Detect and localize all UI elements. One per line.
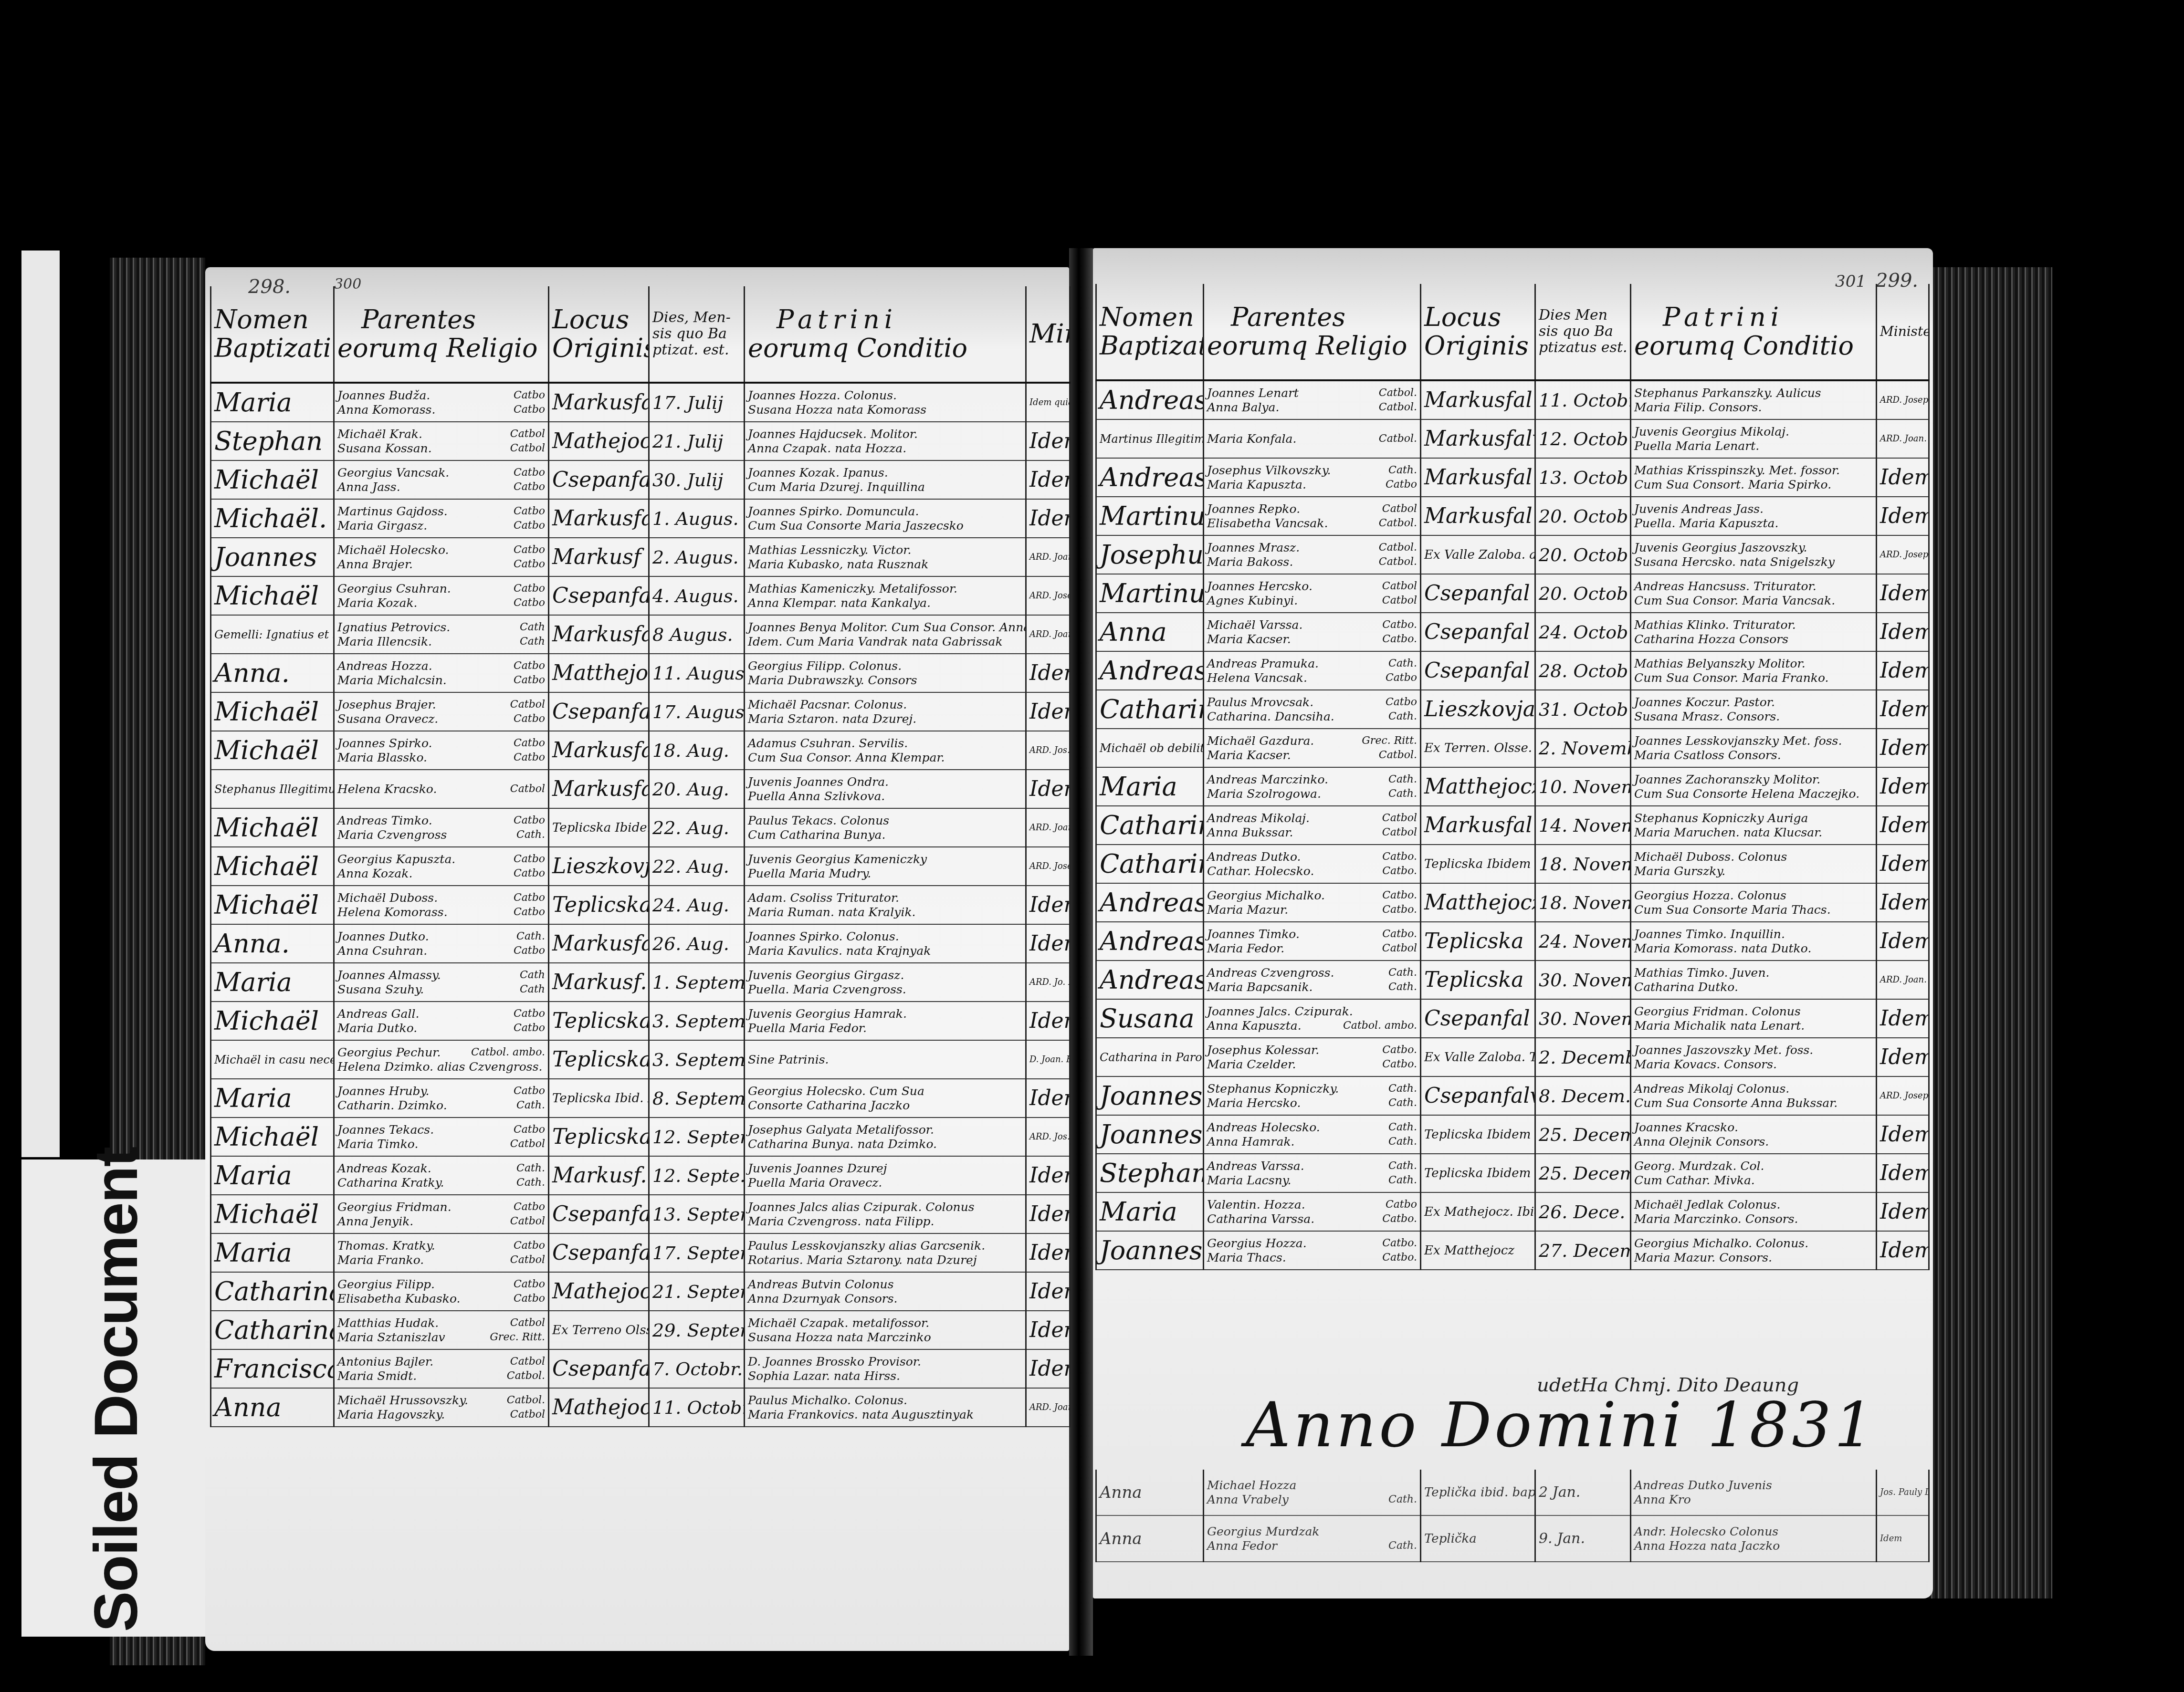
register-row: JoannesStephanus Kopniczky.Cath.Maria He… [1096, 1076, 1929, 1115]
father-religion: Catbo [514, 1007, 545, 1021]
godparent-line: Cum Maria Dzurej. Inquillina [748, 480, 1022, 494]
mother-name: Catharina Varssa. [1207, 1212, 1314, 1226]
parents-cell: Joannes Budža.CatboAnna Komorass.Catbo [334, 383, 549, 422]
baptism-date: 2. Decemb. [1535, 1038, 1631, 1076]
mother-religion: Catbo. [1382, 864, 1417, 878]
header-parentes: Parenteseorumq Religio [334, 286, 549, 383]
mother-name: Anna Fedor [1207, 1539, 1277, 1553]
child-name: Catharina [211, 1311, 334, 1349]
godparent-line: Andreas Hancsuss. Triturator. [1634, 579, 1873, 594]
child-name: Joannes [1096, 1231, 1204, 1270]
baptism-date: 20. Aug. [649, 770, 745, 808]
godparent-line: Maria Michalik nata Lenart. [1634, 1019, 1873, 1033]
godparents-cell: Paulus Tekacs. ColonusCum Catharina Buny… [745, 808, 1026, 847]
child-name: Anna. [211, 654, 334, 692]
godparent-line: Anna Kro [1634, 1493, 1873, 1507]
mother-religion: Catbo [1386, 671, 1417, 685]
child-name: Catharina [1096, 806, 1204, 845]
place-of-origin: Csepanfal [1421, 574, 1535, 613]
baptism-date: 20. Octob. [1535, 497, 1631, 535]
place-of-origin: Markusfal [1421, 380, 1535, 419]
mother-religion: Catbo [514, 751, 545, 765]
father-name: Joannes Hruby. [337, 1084, 429, 1098]
mother-religion: Cath. [516, 1098, 545, 1113]
godparents-cell: Joannes Spirko. Colonus.Maria Kavulics. … [745, 924, 1026, 963]
godparents-cell: Mathias Belyanszky Molitor.Cum Sua Conso… [1631, 651, 1877, 690]
child-name: Maria [211, 1156, 334, 1195]
mother-name: Maria Mazur. [1207, 903, 1288, 917]
mother-name: Anna Csuhran. [337, 944, 427, 958]
mother-name: Anna Bukssar. [1207, 825, 1293, 840]
baptism-date: 17. Septem. [649, 1233, 745, 1272]
register-row: MichaëlAndreas Gall.CatboMaria Dutko.Cat… [211, 1002, 1070, 1040]
father-name: Stephanus Kopniczky. [1207, 1082, 1339, 1096]
place-of-origin: Ex Terren. Olsse. [1421, 729, 1535, 767]
parents-cell: Joannes Repko.CatbolElisabetha Vancsak.C… [1204, 497, 1421, 535]
father-religion: Catbo [514, 388, 545, 403]
godparents-cell: Paulus Lesskovjanszky alias Garcsenik.Ro… [745, 1233, 1026, 1272]
minister: Idem [1026, 654, 1070, 692]
baptism-date: 29. Septem. [649, 1311, 745, 1349]
mother-name: Anna Kozak. [337, 867, 412, 881]
mother-religion: Catbo [514, 1292, 545, 1306]
baptism-date: 22. Aug. [649, 847, 745, 886]
mother-name: Anna Balya. [1207, 400, 1279, 415]
place-of-origin: Ex Valle Zaloba. alias Zontocs-Grunt. [1421, 535, 1535, 574]
godparent-line: Joannes Lesskovjanszky Met. foss. [1634, 734, 1873, 748]
parents-cell: Georgius Pechur.Catbol. ambo.Helena Dzim… [334, 1040, 549, 1079]
father-name: Andreas Kozak. [337, 1161, 431, 1176]
baptism-date: 4. Augus. [649, 576, 745, 615]
year-heading: Anno Domini 1831 [1246, 1389, 1877, 1461]
child-name: Joannes [211, 538, 334, 576]
place-of-origin: Ex Mathejocz. Ibidem Baptizata [1421, 1192, 1535, 1231]
father-name: Michaël Hrussovszky. [337, 1393, 468, 1408]
mother-religion: Catbo [514, 480, 545, 494]
minister: Idem [1877, 1515, 1929, 1562]
register-row: MichaëlJosephus Brajer.CatbolSusana Orav… [211, 692, 1070, 731]
register-row: AnnaMichael HozzaAnna VrabelyCath.Teplič… [1096, 1470, 1929, 1515]
child-name: Michaël [211, 1002, 334, 1040]
place-of-origin: Csepanfal [1421, 651, 1535, 690]
godparents-cell: Mathias Lessniczky. Victor.Maria Kubasko… [745, 538, 1026, 576]
baptism-date: 28. Octob. [1535, 651, 1631, 690]
minister: Idem [1026, 460, 1070, 499]
baptism-date: 8. Septem. [649, 1079, 745, 1118]
mother-religion: Catbo [514, 867, 545, 881]
place-of-origin: Teplicska Ibidem Baptiz. [1421, 845, 1535, 883]
godparent-line: Juvenis Georgius Kameniczky [748, 852, 1022, 867]
godparents-cell: Michaël Czapak. metalifossor.Susana Hozz… [745, 1311, 1026, 1349]
father-name: Andreas Mikolaj. [1207, 811, 1310, 825]
child-name: Catharina [1096, 690, 1204, 729]
minister: ARD. Joan. Mathejszky P. L. [1026, 615, 1070, 654]
godparent-line: Georgius Fridman. Colonus [1634, 1004, 1873, 1019]
father-name: Joannes Almassy. [337, 968, 441, 982]
godparents-cell: Stephanus Parkanszky. AulicusMaria Filip… [1631, 380, 1877, 419]
mother-religion: Catbol [510, 1253, 545, 1267]
place-of-origin: Teplicska Ibidem Baptiz. [549, 808, 649, 847]
father-name: Georgius Kapuszta. [337, 852, 455, 867]
minister: ARD. Joan. Mathejszky Par. Loc. [1877, 419, 1929, 458]
minister: Idem. [1026, 499, 1070, 538]
baptism-date: 2 Jan. [1535, 1470, 1631, 1515]
father-name: Michaël Duboss. [337, 891, 438, 905]
minister: Idem. [1877, 845, 1929, 883]
mother-name: Susana Kossan. [337, 441, 432, 456]
godparent-line: Joannes Zachoranszky Molitor. [1634, 773, 1873, 787]
godparent-line: Catharina Bunya. nata Dzimko. [748, 1137, 1022, 1151]
register-row: MichaëlGeorgius Vancsak.CatboAnna Jass.C… [211, 460, 1070, 499]
baptism-date: 11. Augus. [649, 654, 745, 692]
place-of-origin: Markusf [549, 538, 649, 576]
godparent-line: Maria Maruchen. nata Klucsar. [1634, 825, 1873, 840]
godparent-line: Paulus Michalko. Colonus. [748, 1393, 1022, 1408]
godparent-line: Georgius Hozza. Colonus [1634, 888, 1873, 903]
father-religion: Catbol [1382, 579, 1417, 594]
mother-religion: Cath. [516, 828, 545, 842]
mother-religion: Cath. [1388, 1096, 1417, 1110]
place-of-origin: Csepanfalv. [1421, 1076, 1535, 1115]
parents-cell: Michaël Hrussovszky.Catbol.Maria Hagovsz… [334, 1388, 549, 1427]
religion: Cath. [1388, 1493, 1417, 1507]
godparent-line: Puella. Maria Czvengross. [748, 982, 1022, 997]
minister: ARD. Joseph. Pauly. Coop. Loc. [1877, 1076, 1929, 1115]
book-page-edges-right [1928, 267, 2052, 1598]
mother-religion: Catbol [510, 1137, 545, 1151]
father-religion: Cath. [1388, 463, 1417, 478]
mother-religion: Catbol [510, 782, 545, 796]
place-of-origin: Csepanfal [1421, 999, 1535, 1038]
parents-cell: Helena Kracsko.Catbol [334, 770, 549, 808]
child-name: Andreas [1096, 651, 1204, 690]
baptism-date: 30. Novem. [1535, 961, 1631, 999]
register-row: AndreasJoannes LenartCatbol.Anna Balya.C… [1096, 380, 1929, 419]
father-name: Andreas Pramuka. [1207, 657, 1319, 671]
mother-name: Maria Blassko. [337, 751, 427, 765]
mother-name: Maria Dutko. [337, 1021, 417, 1035]
parents-cell: Joannes Almassy.CathSusana Szuhy.Cath [334, 963, 549, 1002]
godparent-line: Adam. Csoliss Triturator. [748, 891, 1022, 905]
godparent-line: Paulus Tekacs. Colonus [748, 814, 1022, 828]
father-name: Andreas Holecsko. [1207, 1120, 1320, 1135]
minister: ARD. Joan. Mathejszky P. L. [1877, 961, 1929, 999]
minister: Idem [1877, 922, 1929, 961]
minister: Idem [1026, 1002, 1070, 1040]
mother-name: Maria Kacser. [1207, 748, 1291, 762]
mother-name: Anna Kapuszta. [1207, 1019, 1302, 1033]
baptism-date: 8. Decem. [1535, 1076, 1631, 1115]
parents-cell: Valentin. Hozza.CatboCatharina Varssa.Ca… [1204, 1192, 1421, 1231]
godparent-line: Idem. Cum Maria Vandrak nata Gabrissak [748, 635, 1022, 649]
minister: Idem [1877, 883, 1929, 922]
father-religion: Catbol [510, 427, 545, 441]
place-of-origin: Markusfal [1421, 806, 1535, 845]
child-name: Michaël [211, 847, 334, 886]
minister: Idem [1026, 770, 1070, 808]
godparent-line: Joannes Kracsko. [1634, 1120, 1873, 1135]
father-name: Joannes Hercsko. [1207, 579, 1312, 594]
register-row: JosephusJoannes Mrasz.Catbol.Maria Bakos… [1096, 535, 1929, 574]
godparents-cell: Juvenis Georgius Mikolaj.Puella Maria Le… [1631, 419, 1877, 458]
mother-religion: Catbol. ambo. [1343, 1019, 1417, 1033]
father-name: Georgius Hozza. [1207, 1236, 1307, 1251]
godparent-line: Mathias Lessniczky. Victor. [748, 543, 1022, 557]
mother-religion: Catbol. [1379, 555, 1417, 569]
child-name: Stephan [211, 422, 334, 460]
father-name: Josephus Vilkovszky. [1207, 463, 1331, 478]
parents-cell: Georgius Csuhran.CatboMaria Kozak.Catbo [334, 576, 549, 615]
parents-cell: Georgius Filipp.CatboElisabetha Kubasko.… [334, 1272, 549, 1311]
place-of-origin: Markusfal [1421, 497, 1535, 535]
baptism-date: 10. Novem. [1535, 767, 1631, 806]
father-name: Andreas Dutko. [1207, 850, 1301, 864]
baptism-date: 3. Septem. [649, 1040, 745, 1079]
minister: Idem [1026, 886, 1070, 924]
place-of-origin: Lieszkovjan [1421, 690, 1535, 729]
minister: Idem. [1877, 574, 1929, 613]
father-name: Joannes Dutko. [337, 930, 429, 944]
register-row: MariaAndreas Marczinko.Cath.Maria Szolro… [1096, 767, 1929, 806]
place-of-origin: Csepanfal [549, 1349, 649, 1388]
parents-cell: Joannes LenartCatbol.Anna Balya.Catbol. [1204, 380, 1421, 419]
place-of-origin: Matthejocz [1421, 883, 1535, 922]
father-name: Michael Hozza [1207, 1478, 1417, 1493]
parents-cell: Michaël Varssa.Catbo.Maria Kacser.Catbo. [1204, 613, 1421, 651]
mother-name: Maria Sztaniszlav [337, 1330, 445, 1345]
mother-religion: Catbo. [1382, 903, 1417, 917]
godparents-cell: Georgius Hozza. ColonusCum Sua Consorte … [1631, 883, 1877, 922]
register-row: Michaël ob debilit. prius in Paroch. Bap… [1096, 729, 1929, 767]
baptism-date: 1. Septem. [649, 963, 745, 1002]
godparent-line: Maria Sztaron. nata Dzurej. [748, 712, 1022, 726]
parents-cell: Andreas Marczinko.Cath.Maria Szolrogowa.… [1204, 767, 1421, 806]
register-row: MariaJoannes Hruby.CatboCatharin. Dzimko… [211, 1079, 1070, 1118]
mother-religion: Catbo [514, 1021, 545, 1035]
parents-cell: Andreas Timko.CatboMaria CzvengrossCath. [334, 808, 549, 847]
godparents-cell: Joannes Kozak. Ipanus.Cum Maria Dzurej. … [745, 460, 1026, 499]
mother-name: Maria Michalcsin. [337, 673, 447, 688]
father-name: Andreas Gall. [337, 1007, 419, 1021]
register-row: Michaël in casu necessit. per Ludirector… [211, 1040, 1070, 1079]
parents-cell: Michael HozzaAnna VrabelyCath. [1204, 1470, 1421, 1515]
godparents-cell: Michaël Jedlak Colonus.Maria Marczinko. … [1631, 1192, 1877, 1231]
godparent-line: Andreas Butvin Colonus [748, 1277, 1022, 1292]
mother-name: Anna Jass. [337, 480, 400, 494]
godparent-line: Puella Maria Oravecz. [748, 1176, 1022, 1190]
child-name: Andreas [1096, 380, 1204, 419]
godparents-cell: Andreas Hancsuss. Triturator.Cum Sua Con… [1631, 574, 1877, 613]
register-row: Michaël.Martinus Gajdoss.CatboMaria Girg… [211, 499, 1070, 538]
father-religion: Catbo. [1382, 850, 1417, 864]
register-row: Andreas.Georgius Michalko.Catbo.Maria Ma… [1096, 883, 1929, 922]
parents-cell: Matthias Hudak.CatbolMaria SztaniszlavGr… [334, 1311, 549, 1349]
godparent-line: Joannes Timko. Inquillin. [1634, 927, 1873, 941]
baptism-date: 18. Aug. [649, 731, 745, 770]
godparent-line: Georgius Michalko. Colonus. [1634, 1236, 1873, 1251]
mother-religion: Catbo. [1382, 1057, 1417, 1072]
mother-religion: Catbo [514, 557, 545, 572]
godparents-cell: Adam. Csoliss Triturator.Maria Ruman. na… [745, 886, 1026, 924]
mother-religion: Catbol. [1379, 400, 1417, 415]
godparent-line: Cum Sua Consorte Anna Bukssar. [1634, 1096, 1873, 1110]
mother-name: Elisabetha Vancsak. [1207, 516, 1328, 531]
baptism-date: 25. Decem. [1535, 1154, 1631, 1192]
minister: Idem [1877, 1115, 1929, 1154]
baptism-date: 17. Julij [649, 383, 745, 422]
mother-religion: Catbol. [1379, 432, 1417, 446]
child-name: Maria [1096, 1192, 1204, 1231]
godparent-line: Maria Kubasko, nata Rusznak [748, 557, 1022, 572]
parents-cell: Andreas Dutko.Catbo.Cathar. Holecsko.Cat… [1204, 845, 1421, 883]
mother-religion: Catbo. [1382, 1212, 1417, 1226]
mother-religion: Catbo [514, 905, 545, 919]
godparent-line: Michaël Czapak. metalifossor. [748, 1316, 1022, 1330]
child-name: Susana [1096, 999, 1204, 1038]
child-name: Gemelli: Ignatius et Stephan. ob debilit… [211, 615, 334, 654]
child-name: Anna. [211, 924, 334, 963]
place-of-origin: Csepanfal [1421, 613, 1535, 651]
godparent-line: Maria Kovacs. Consors. [1634, 1057, 1873, 1072]
parents-cell: Georgius MurdzakAnna FedorCath. [1204, 1515, 1421, 1562]
left-header-row: NomenBaptizati Parenteseorumq Religio Lo… [211, 286, 1070, 383]
baptism-date: 24. Octob. [1535, 613, 1631, 651]
mother-religion: Catbo [514, 944, 545, 958]
mother-religion: Catbo [514, 519, 545, 533]
register-row: MichaëlJoannes Spirko.CatboMaria Blassko… [211, 731, 1070, 770]
godparent-line: Cum Sua Consorte Helena Maczejko. [1634, 787, 1873, 801]
mother-name: Catharina. Dancsiha. [1207, 710, 1334, 724]
mother-name: Maria Szolrogowa. [1207, 787, 1321, 801]
mother-name: Maria Franko. [337, 1253, 424, 1267]
father-religion: Catbol [510, 1316, 545, 1330]
minister: ARD. Joan. Mathejszky P. L. [1026, 1388, 1070, 1427]
father-name: Joannes Budža. [337, 388, 430, 403]
place-of-origin: Markusfal [549, 383, 649, 422]
child-name: Stephanus Illegitimus [211, 770, 334, 808]
place-of-origin: Markusfal [549, 924, 649, 963]
child-name: Andreas. [1096, 458, 1204, 497]
place-of-origin: Teplicska [549, 886, 649, 924]
baptism-date: 24. Aug. [649, 886, 745, 924]
mother-name: Maria Lacsny. [1207, 1173, 1291, 1188]
father-religion: Catbol. [1379, 386, 1417, 400]
father-religion: Catbo [514, 891, 545, 905]
place-of-origin: Mathejocz [549, 422, 649, 460]
baptism-date: 30. Julij [649, 460, 745, 499]
header-locus: LocusOriginis [549, 286, 649, 383]
minister: Idem [1877, 458, 1929, 497]
godparent-line: Cum Sua Consorte Maria Thacs. [1634, 903, 1873, 917]
minister: Idem. [1877, 1038, 1929, 1076]
mother-name: Anna Vrabely [1207, 1493, 1289, 1507]
father-religion: Catbo. [1382, 1043, 1417, 1057]
parents-cell: Andreas Czvengross.Cath.Maria Bapcsanik.… [1204, 961, 1421, 999]
parents-cell: Andreas Varssa.Cath.Maria Lacsny.Cath. [1204, 1154, 1421, 1192]
father-name: Georgius Michalko. [1207, 888, 1325, 903]
father-religion: Catbo [514, 582, 545, 596]
godparent-line: Puella. Maria Kapuszta. [1634, 516, 1873, 531]
godparent-line: Joannes Spirko. Domuncula. [748, 504, 1022, 519]
father-religion: Catbo [1386, 1198, 1417, 1212]
register-row: StephanMichaël Krak.CatbolSusana Kossan.… [211, 422, 1070, 460]
godparent-line: Susana Hercsko. nata Snigelszky [1634, 555, 1873, 569]
child-name: Michaël [211, 460, 334, 499]
godparent-line: Joannes Jalcs alias Czipurak. Colonus [748, 1200, 1022, 1214]
parents-cell: Michaël Krak.CatbolSusana Kossan.Catbol [334, 422, 549, 460]
mother-name: Maria Illencsik. [337, 635, 432, 649]
child-name: Catharina in Parochia Baptiz. [1096, 1038, 1204, 1076]
child-name: Anna [1096, 1515, 1204, 1562]
mother-name: Maria Kapuszta. [1207, 478, 1306, 492]
mother-religion: Cath. [1388, 1135, 1417, 1149]
right-register-table: NomenBaptizati Parenteseorumq Religio Lo… [1095, 284, 1930, 1270]
place-of-origin: Teplicska Ibidem Baptiz. [1421, 1115, 1535, 1154]
place-of-origin: Markusfal. [549, 615, 649, 654]
mother-name: Maria Thacs. [1207, 1251, 1286, 1265]
father-name: Josephus Brajer. [337, 698, 436, 712]
child-name: Josephus [1096, 535, 1204, 574]
parents-cell: Joannes Dutko.Cath.Anna Csuhran.Catbo [334, 924, 549, 963]
father-name: Georgius Fridman. [337, 1200, 451, 1214]
godparents-cell: Joannes Jaszovszky Met. foss.Maria Kovac… [1631, 1038, 1877, 1076]
register-row: SusanaJoannes Jalcs. Czipurak.Anna Kapus… [1096, 999, 1929, 1038]
mother-name: Agnes Kubinyi. [1207, 594, 1298, 608]
place-of-origin: Teplicska Ibidem Baptiz. [1421, 1154, 1535, 1192]
parents-cell: Paulus Mrovcsak.CatboCatharina. Dancsiha… [1204, 690, 1421, 729]
godparents-cell: Mathias Krisspinszky. Met. fossor.Cum Su… [1631, 458, 1877, 497]
mother-name: Maria Kacser. [1207, 632, 1291, 647]
mother-name: Catharin. Dzimko. [337, 1098, 447, 1113]
father-name: Joannes Spirko. [337, 736, 432, 751]
place-of-origin: Ex Terreno Olsse [549, 1311, 649, 1349]
godparents-cell: D. Joannes Brossko Provisor.Sophia Lazar… [745, 1349, 1026, 1388]
child-name: Michaël [211, 1118, 334, 1156]
baptism-date: 30. Novem. [1535, 999, 1631, 1038]
minister: ARD. Jos. Pauly [1026, 1118, 1070, 1156]
father-religion: Catbo [514, 504, 545, 519]
parents-cell: Andreas Holecsko.Cath.Anna Hamrak.Cath. [1204, 1115, 1421, 1154]
father-religion: Cath. [516, 1161, 545, 1176]
mother-name: Maria Czelder. [1207, 1057, 1296, 1072]
godparent-line: Michaël Jedlak Colonus. [1634, 1198, 1873, 1212]
father-religion: Catbo. [1382, 888, 1417, 903]
father-religion: Catbol. ambo. [471, 1045, 545, 1060]
mother-name: Maria Czvengross [337, 828, 447, 842]
register-row: MariaAndreas Kozak.Cath.Catharina Kratky… [211, 1156, 1070, 1195]
mother-name: Helena Dzimko. alias Czvengross. [337, 1060, 542, 1074]
minister: Idem [1026, 1272, 1070, 1311]
mother-religion: Catbol [1382, 594, 1417, 608]
parents-cell: Michaël Duboss.CatboHelena Komorass.Catb… [334, 886, 549, 924]
godparents-cell: Joannes Lesskovjanszky Met. foss.Maria C… [1631, 729, 1877, 767]
minister: ARD. Josephus Pauly Cap. [1026, 576, 1070, 615]
father-religion: Catbo [514, 1084, 545, 1098]
godparent-line: Rotarius. Maria Sztarony. nata Dzurej [748, 1253, 1022, 1267]
parents-cell: Joannes Mrasz.Catbol.Maria Bakoss.Catbol… [1204, 535, 1421, 574]
father-name: Andreas Varssa. [1207, 1159, 1304, 1173]
place-of-origin: Teplicska [1421, 961, 1535, 999]
mother-religion: Grec. Ritt. [490, 1330, 545, 1345]
minister: Idem [1026, 924, 1070, 963]
godparent-line: Juvenis Andreas Jass. [1634, 502, 1873, 516]
godparent-line: Adamus Csuhran. Servilis. [748, 736, 1022, 751]
label-card-strip [21, 251, 60, 1157]
father-religion: Catbo [514, 466, 545, 480]
child-name: Maria [211, 1079, 334, 1118]
baptism-date: 11. Octobr. [1535, 380, 1631, 419]
mother-religion: Catbol [510, 441, 545, 456]
